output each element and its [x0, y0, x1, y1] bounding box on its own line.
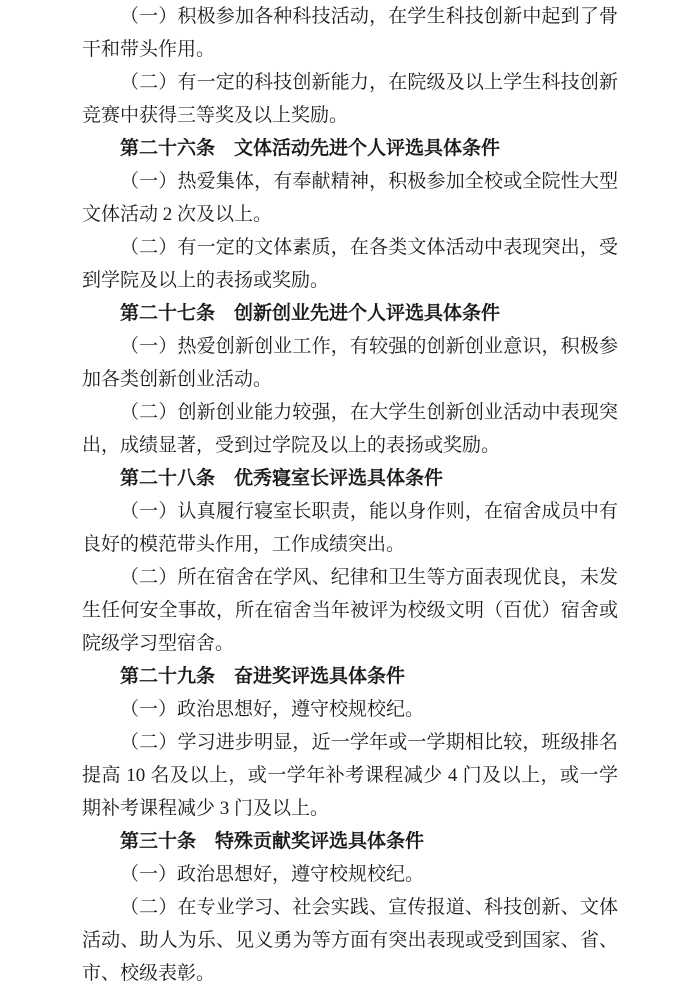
document-body: （一）积极参加各种科技活动，在学生科技创新中起到了骨 干和带头作用。 （二）有一…: [82, 0, 618, 990]
clause-line: 竞赛中获得三等奖及以上奖励。: [82, 99, 618, 132]
clause-line: （二）学习进步明显，近一学年或一学期相比较，班级排名: [82, 726, 618, 759]
clause-line: （二）有一定的文体素质，在各类文体活动中表现突出，受: [82, 231, 618, 264]
clause-line: 期补考课程减少 3 门及以上。: [82, 792, 618, 825]
clause-line: （一）热爱创新创业工作，有较强的创新创业意识，积极参: [82, 330, 618, 363]
article-heading: 第三十条 特殊贡献奖评选具体条件: [82, 825, 618, 858]
clause-line: （一）政治思想好，遵守校规校纪。: [82, 858, 618, 891]
article-heading: 第二十九条 奋进奖评选具体条件: [82, 660, 618, 693]
article-heading: 第二十六条 文体活动先进个人评选具体条件: [82, 132, 618, 165]
clause-line: （一）认真履行寝室长职责，能以身作则，在宿舍成员中有: [82, 495, 618, 528]
clause-line: （二）所在宿舍在学风、纪律和卫生等方面表现优良，未发: [82, 561, 618, 594]
article-heading: 第二十七条 创新创业先进个人评选具体条件: [82, 297, 618, 330]
clause-line: 活动、助人为乐、见义勇为等方面有突出表现或受到国家、省、: [82, 924, 618, 957]
clause-line: 干和带头作用。: [82, 33, 618, 66]
clause-line: 市、校级表彰。: [82, 957, 618, 990]
clause-line: 加各类创新创业活动。: [82, 363, 618, 396]
clause-line: （二）有一定的科技创新能力，在院级及以上学生科技创新: [82, 66, 618, 99]
document-page: （一）积极参加各种科技活动，在学生科技创新中起到了骨 干和带头作用。 （二）有一…: [0, 0, 700, 990]
clause-line: 提高 10 名及以上，或一学年补考课程减少 4 门及以上，或一学: [82, 759, 618, 792]
clause-line: （二）创新创业能力较强，在大学生创新创业活动中表现突: [82, 396, 618, 429]
article-heading: 第二十八条 优秀寝室长评选具体条件: [82, 462, 618, 495]
clause-line: （一）政治思想好，遵守校规校纪。: [82, 693, 618, 726]
clause-line: 出，成绩显著，受到过学院及以上的表扬或奖励。: [82, 429, 618, 462]
clause-line: （二）在专业学习、社会实践、宣传报道、科技创新、文体: [82, 891, 618, 924]
clause-line: 院级学习型宿舍。: [82, 627, 618, 660]
clause-line: 文体活动 2 次及以上。: [82, 198, 618, 231]
clause-line: （一）热爱集体，有奉献精神，积极参加全校或全院性大型: [82, 165, 618, 198]
clause-line: 良好的模范带头作用，工作成绩突出。: [82, 528, 618, 561]
clause-line: 到学院及以上的表扬或奖励。: [82, 264, 618, 297]
clause-line: （一）积极参加各种科技活动，在学生科技创新中起到了骨: [82, 0, 618, 33]
clause-line: 生任何安全事故，所在宿舍当年被评为校级文明（百优）宿舍或: [82, 594, 618, 627]
